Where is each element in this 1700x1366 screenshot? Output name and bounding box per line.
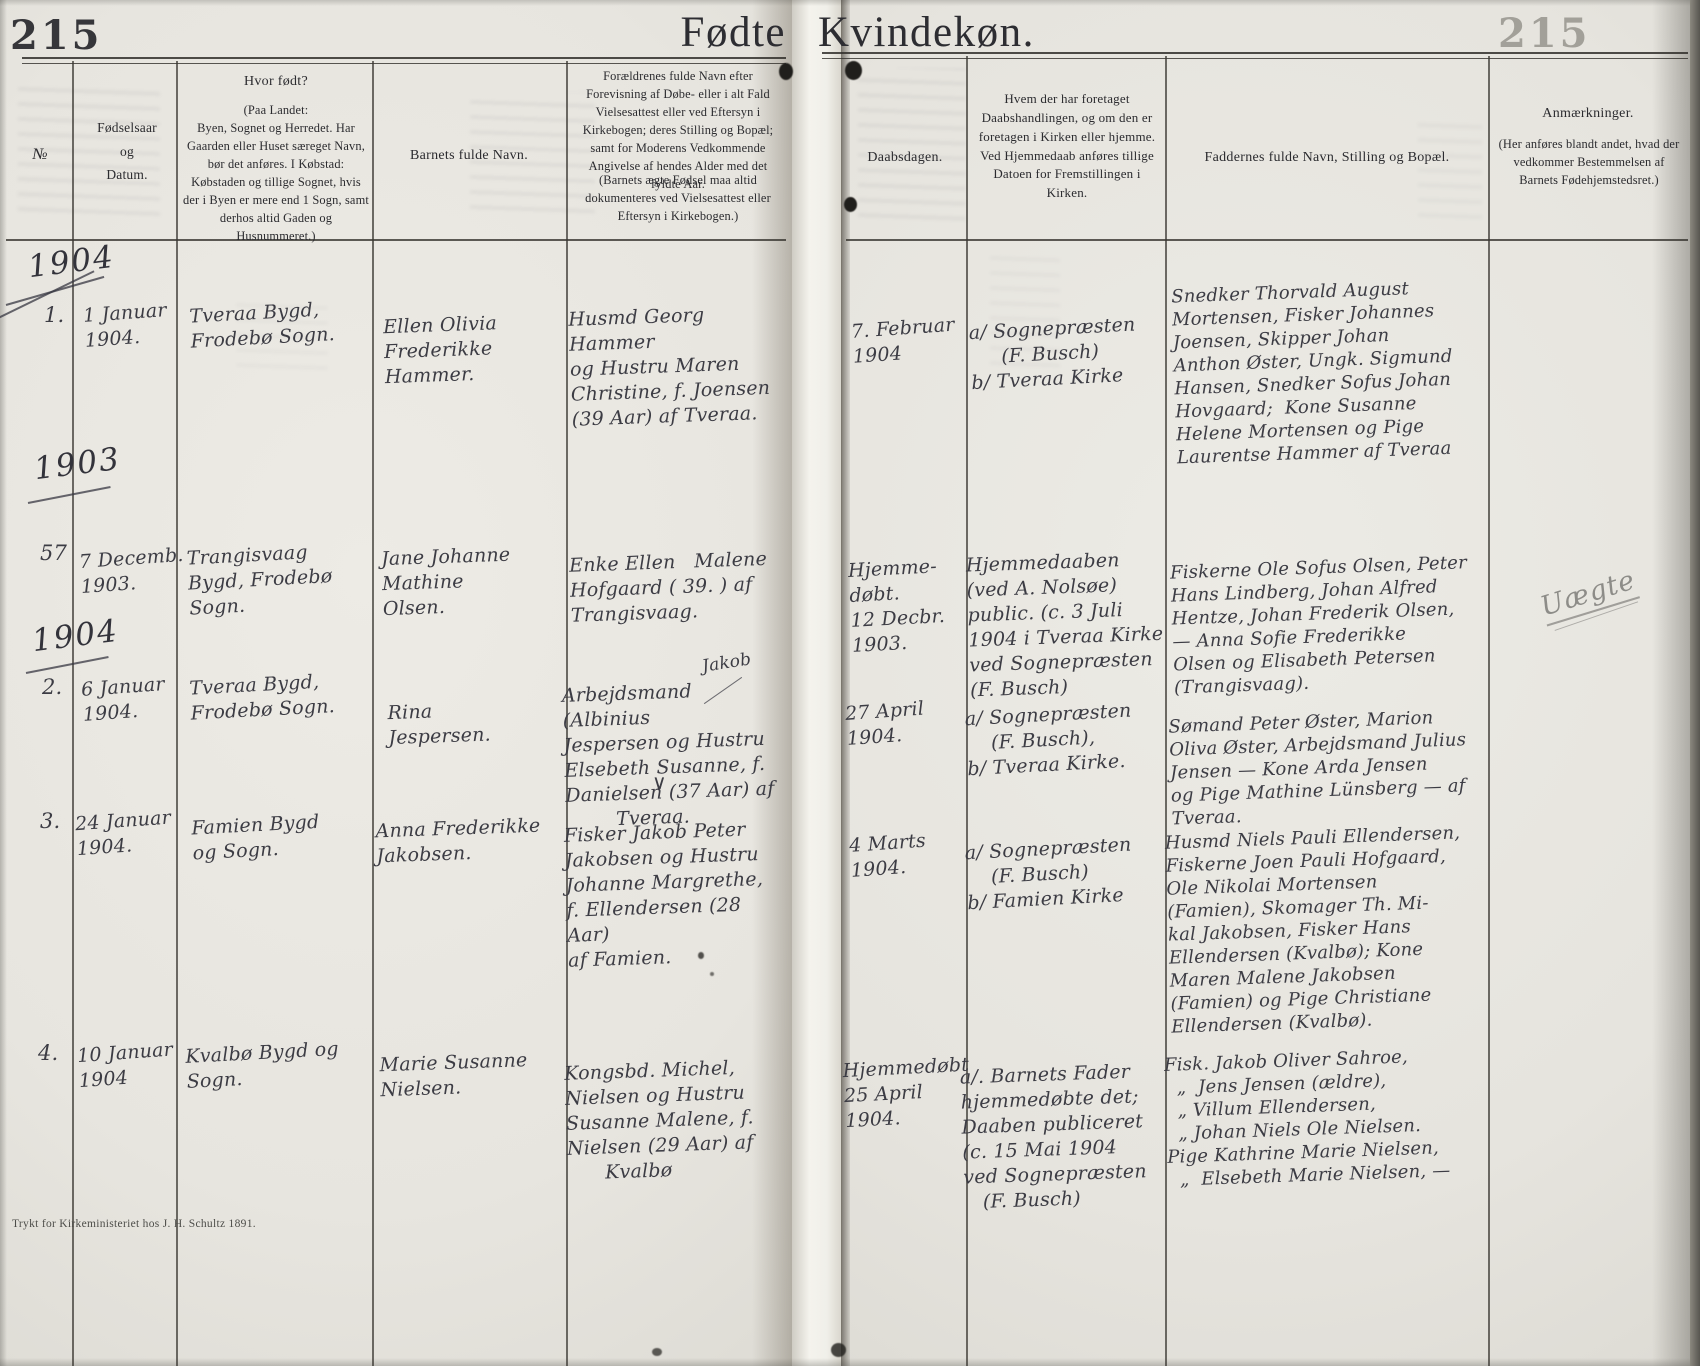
entry-4-number: 3.: [40, 808, 60, 836]
header-sponsors: Faddernes fulde Navn, Stilling og Bopæl.: [1168, 150, 1486, 166]
ink-spot: [698, 952, 704, 959]
entry-3-birth-place: Tveraa Bygd, Frodebø Sogn.: [189, 667, 367, 726]
entry-3-birth-date: 6 Januar 1904.: [80, 670, 195, 728]
title-fodte: Fødte: [596, 8, 786, 57]
entry-5-child-name: Marie Susanne Nielsen.: [379, 1047, 569, 1104]
paper-edge-right: [1690, 0, 1700, 1366]
paper-edge-left: [0, 0, 7, 1366]
binding-hole: [779, 63, 793, 80]
entry-2-child-name: Jane Johanne Mathine Olsen.: [381, 541, 564, 622]
entry-3-baptism-officiant: a/ Sognepræsten (F. Busch), b/ Tveraa Ki…: [964, 697, 1168, 783]
ink-spot: [710, 972, 714, 976]
scanned-register-page: 215 Fødte Kvindekøn. 215 № Fødselsaar og…: [0, 0, 1700, 1366]
entry-2-sponsors: Fiskerne Ole Sofus Olsen, Peter Hans Lin…: [1170, 550, 1493, 699]
paper-edge-right-shadow: [1652, 0, 1690, 1366]
entry-1-sponsors: Snedker Thorvald August Mortensen, Fiske…: [1171, 275, 1489, 470]
entry-5-birth-place: Kvalbø Bygd og Sogn.: [185, 1035, 375, 1095]
entry-1-baptism-date: 7. Februar 1904: [850, 312, 963, 370]
entry-2-number: 57: [40, 540, 67, 568]
entry-4-birth-place: Famien Bygd og Sogn.: [191, 808, 365, 867]
page-number-left: 215: [10, 12, 103, 59]
header-parents-note: (Barnets ægte Fødsel maa altid dokumente…: [578, 172, 778, 226]
entry-2-parents: Enke Ellen Malene Hofgaard ( 39. ) af Tr…: [569, 546, 787, 629]
entry-3-parents: Arbejdsmand (Albinius Jespersen og Hustr…: [561, 676, 788, 834]
entry-3-child-name: Rina Jespersen.: [387, 695, 565, 751]
entry-1-number: 1.: [44, 302, 64, 330]
entry-1-birth-date: 1 Januar 1904.: [82, 296, 197, 354]
column-divider: [372, 61, 374, 1366]
entry-1-parents: Husmd Georg Hammer og Hustru Maren Chris…: [568, 300, 787, 433]
bleedthrough-smudge: [858, 68, 966, 228]
top-rule-right: [822, 52, 1688, 59]
title-kvindekon: Kvindekøn.: [818, 8, 1035, 57]
entry-3-sponsors: Sømand Peter Øster, Marion Oliva Øster, …: [1168, 704, 1492, 830]
fold-gutter: [792, 0, 842, 1366]
page-number-right: 215: [1498, 10, 1591, 57]
entry-5-number: 4.: [38, 1040, 58, 1068]
entry-5-parents: Kongsbd. Michel, Nielsen og Hustru Susan…: [564, 1054, 788, 1187]
entry-1-child-name: Ellen Olivia Frederikke Hammer.: [383, 309, 568, 391]
entry-4-birth-date: 24 Januar 1904.: [74, 804, 197, 862]
header-whereborn-body: (Paa Landet: Byen, Sognet og Herredet. H…: [183, 102, 369, 246]
binding-hole: [845, 61, 862, 80]
entry-5-baptism-officiant: a/. Barnets Fader hjemmedøbte det; Daabe…: [959, 1058, 1170, 1216]
ink-spot: [652, 1348, 662, 1356]
entry-2-baptism-officiant: Hjemmedaaben (ved A. Nolsøe) public. (c.…: [965, 547, 1170, 704]
entry-5-sponsors: Fisk. Jakob Oliver Sahroe, „ Jens Jensen…: [1164, 1042, 1507, 1192]
entry-5-baptism-date: Hjemmedøbt 25 April 1904.: [842, 1053, 966, 1134]
entry-5-birth-date: 10 Januar 1904: [76, 1036, 197, 1094]
entry-3-caret: ∨: [652, 770, 667, 794]
top-rule-left: [22, 57, 786, 64]
entry-1-birth-place: Tveraa Bygd, Frodebø Sogn.: [189, 295, 367, 354]
paper-edge-top: [0, 0, 1700, 6]
binding-hole: [844, 197, 857, 212]
entry-2-birth-date: 7 Decemb. 1903.: [78, 542, 197, 600]
header-birthdate: Fødselsaar og Datum.: [78, 116, 176, 187]
entry-4-parents: Fisker Jakob Peter Jakobsen og Hustru Jo…: [563, 816, 788, 974]
entry-3-number: 2.: [42, 674, 62, 702]
header-remarks-note: (Her anføres blandt andet, hvad der vedk…: [1496, 136, 1682, 190]
printer-imprint: Trykt for Kirkeministeriet hos J. H. Sch…: [12, 1218, 256, 1230]
entry-4-sponsors: Husmd Niels Pauli Ellendersen, Fiskerne …: [1164, 820, 1497, 1039]
header-bottom-rule-right: [846, 239, 1688, 241]
entry-4-baptism-officiant: a/ Sognepræsten (F. Busch) b/ Famien Kir…: [964, 831, 1168, 917]
ink-spot: [831, 1343, 846, 1357]
header-bottom-rule-left: [6, 239, 786, 241]
header-whereborn-title: Hvor født?: [182, 74, 370, 90]
entry-2-birth-place: Trangisvaag Bygd, Frodebø Sogn.: [186, 537, 366, 621]
header-remarks-title: Anmærkninger.: [1492, 106, 1684, 122]
header-childname: Barnets fulde Navn.: [374, 148, 564, 164]
entry-3-baptism-date: 27 April 1904.: [844, 694, 961, 752]
entry-1-baptism-officiant: a/ Sognepræsten (F. Busch) b/ Tveraa Kir…: [968, 311, 1168, 396]
entry-2-baptism-date: Hjemme- døbt. 12 Decbr. 1903.: [847, 553, 964, 659]
entry-4-child-name: Anna Frederikke Jakobsen.: [375, 813, 569, 870]
bleedthrough-smudge: [1418, 120, 1482, 228]
header-nr: №: [8, 146, 72, 164]
header-officiant: Hvem der har foretaget Daabshandlingen, …: [972, 90, 1162, 203]
paper-edge-bottom: [0, 1358, 1700, 1366]
header-baptismday: Daabsdagen.: [846, 150, 964, 166]
entry-4-baptism-date: 4 Marts 1904.: [848, 826, 963, 884]
